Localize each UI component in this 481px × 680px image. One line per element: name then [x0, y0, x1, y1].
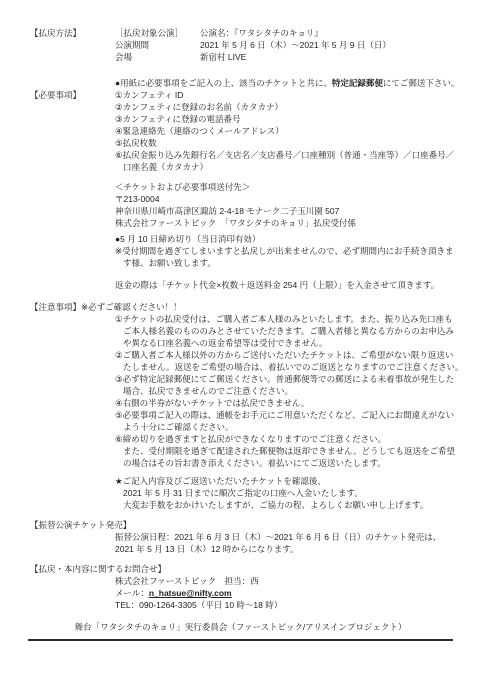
performance-period-row: 公演期間 2021 年 5 月 6 日（木）～2021 年 5 月 9 日（日）	[115, 39, 457, 51]
required-item: ⑥払戻金振り込み先銀行名／支店名／支店番号／口座種別（普通・当座等）／口座番号／	[115, 149, 457, 161]
required-item-continuation: 口座名義（カタカナ）	[115, 161, 457, 173]
note-line: よう十分にご確認ください。	[115, 421, 457, 433]
note-line: ①チケットの払戻受付は、ご購入者ご本人様のみといたします。また、振り込み先口座も	[115, 313, 457, 325]
note-line: ⑤必要事項ご記入の際は、通帳をお手元にご用意いただくなど、ご記入にお間違えがない	[115, 409, 457, 421]
note-line: の場合はその旨お書き添えください。着払いにてご返送いたします。	[115, 457, 457, 469]
deadline-note: ※受付期間を過ぎてしまいますと払戻しが出来ませんので、必ず期間内にお手続き頂きま	[115, 245, 457, 257]
refund-notice-document: 【払戻方法】 ［払戻対象公演］ 公演名：『ワタシタチのキョリ』 公演期間 202…	[0, 0, 481, 680]
period-label: 公演期間	[115, 39, 200, 51]
committee-credit: 舞台「ワタシタチのキョリ」実行委員会（ファーストピック/アリスインプロジェクト）	[0, 621, 481, 633]
period-value: 2021 年 5 月 6 日（木）～2021 年 5 月 9 日（日）	[200, 39, 457, 51]
alt-performance-line: 2021 年 5 月 13 日（木）12 時からになります。	[115, 543, 457, 555]
required-item: ④緊急連絡先（連絡のつくメールアドレス）	[115, 125, 457, 137]
note-line: たしません。返送をご希望の場合は、着払いでのご返送となりますのでご注意ください。	[115, 361, 457, 373]
notes-section: 【注意事項】※必ずご確認ください！！ ①チケットの払戻受付は、ご購入者ご本人様の…	[0, 301, 481, 469]
refund-amount-section: 返金の際は「チケット代金×枚数＋返送料金 254 円（上限）」を入金させて頂きま…	[0, 279, 481, 291]
refund-amount-note: 返金の際は「チケット代金×枚数＋返送料金 254 円（上限）」を入金させて頂きま…	[115, 279, 457, 291]
contact-company: 株式会社ファーストピック 担当：西	[115, 575, 457, 587]
mailing-address-section: ＜チケットおよび必要事項送付先＞ 〒213-0004 神奈川県川崎市高津区諏訪 …	[0, 181, 481, 229]
instruction-prefix: ●用紙に必要事項をご記入の上、該当のチケットと共に、	[115, 78, 332, 88]
alt-performance-line: 振替公演日程：2021 年 6 月 3 日（木）～2021 年 6 月 6 日（…	[115, 531, 457, 543]
mailing-instruction: ●用紙に必要事項をご記入の上、該当のチケットと共に、特定記録郵便にてご郵送下さい…	[115, 77, 457, 89]
refund-method-label: 【払戻方法】	[30, 27, 81, 39]
note-line: ⑥締め切りを過ぎますと払戻ができなくなりますのでご注意ください。	[115, 433, 457, 445]
performance-name-row: ［払戻対象公演］ 公演名：『ワタシタチのキョリ』	[115, 27, 457, 39]
email-label: メール：	[115, 588, 149, 598]
note-line: また、受付期限を過ぎて配達された郵便物は返却できません。どうしても返送をご希望	[115, 445, 457, 457]
target-performance-label: ［払戻対象公演］	[115, 27, 200, 39]
venue-label: 会場	[115, 51, 200, 63]
instruction-bold-term: 特定記録郵便	[332, 78, 383, 88]
alt-performance-label: 【振替公演チケット発売】	[30, 519, 481, 531]
alt-performance-section: 【振替公演チケット発売】 振替公演日程：2021 年 6 月 3 日（木）～20…	[0, 519, 481, 555]
required-items-label: 【必要事項】	[30, 89, 81, 101]
mailing-address-heading: ＜チケットおよび必要事項送付先＞	[115, 181, 457, 193]
confirmation-line: 大変お手数をおかけいたしますが、ご協力の程、よろしくお願い申し上げます。	[115, 499, 457, 511]
note-line: ②ご購入者ご本人様以外の方からご送付いただいたチケットは、ご希望がない限り返送い	[115, 349, 457, 361]
performance-name-value: 公演名：『ワタシタチのキョリ』	[200, 27, 457, 39]
note-line: ご本人様名義のもののみとさせていただきます。ご購入者様と異なる方からのお申込み	[115, 325, 457, 337]
required-items-section: 【必要事項】 ●用紙に必要事項をご記入の上、該当のチケットと共に、特定記録郵便に…	[0, 77, 481, 173]
note-line: や異なる口座名義への返金希望等は受付できません。	[115, 337, 457, 349]
deadline-heading: ●5 月 10 日締め切り（当日消印有効）	[115, 233, 457, 245]
confirmation-line: 2021 年 5 月 31 日までに順次ご指定の口座へ入金いたします。	[115, 487, 457, 499]
required-item: ③カンフェティに登録の電話番号	[115, 113, 457, 125]
contact-label: 【払戻・本内容に関するお問合せ】	[30, 563, 481, 575]
street-address: 神奈川県川崎市高津区諏訪 2-4-18 モナーク二子玉川園 507	[115, 205, 457, 217]
notes-label: 【注意事項】	[30, 302, 81, 312]
note-line: ③必ず特定記録郵便にてご郵送ください。普通郵便等での郵送による未着事故が発生した	[115, 373, 457, 385]
contact-tel: TEL：090-1264-3305（平日 10 時～18 時）	[115, 599, 457, 611]
confirmation-section: ★ご記入内容及びご返送いただいたチケットを確認後、 2021 年 5 月 31 …	[0, 475, 481, 511]
notes-label-suffix: ※必ずご確認ください！！	[81, 302, 182, 312]
deadline-section: ●5 月 10 日締め切り（当日消印有効） ※受付期間を過ぎてしまいますと払戻し…	[0, 233, 481, 269]
venue-row: 会場 新宿村 LIVE	[115, 51, 457, 63]
deadline-note-continuation: す様、お願い致します。	[115, 257, 457, 269]
note-line: ④右側の半券がないチケットでは払戻できません。	[115, 397, 457, 409]
required-item: ②カンフェティに登録のお名前（カタカナ）	[115, 101, 457, 113]
confirmation-line: ★ご記入内容及びご返送いただいたチケットを確認後、	[115, 475, 457, 487]
recipient-name: 株式会社ファーストピック 「ワタシタチのキョリ」払戻受付係	[115, 217, 457, 229]
instruction-suffix: にてご郵送下さい。	[383, 78, 460, 88]
bottom-divider	[28, 639, 453, 641]
note-line: 場合、払戻できませんのでご注意ください。	[115, 385, 457, 397]
notes-heading: 【注意事項】※必ずご確認ください！！	[30, 301, 481, 313]
required-item: ①カンフェティ ID	[115, 89, 457, 101]
required-item: ⑤払戻枚数	[115, 137, 457, 149]
contact-email-row: メール：n_hatsue@nifty.com	[115, 587, 457, 599]
postal-code: 〒213-0004	[115, 193, 457, 205]
venue-value: 新宿村 LIVE	[200, 51, 457, 63]
contact-section: 【払戻・本内容に関するお問合せ】 株式会社ファーストピック 担当：西 メール：n…	[0, 563, 481, 611]
email-link[interactable]: n_hatsue@nifty.com	[149, 588, 232, 598]
refund-method-section: 【払戻方法】 ［払戻対象公演］ 公演名：『ワタシタチのキョリ』 公演期間 202…	[0, 27, 481, 63]
